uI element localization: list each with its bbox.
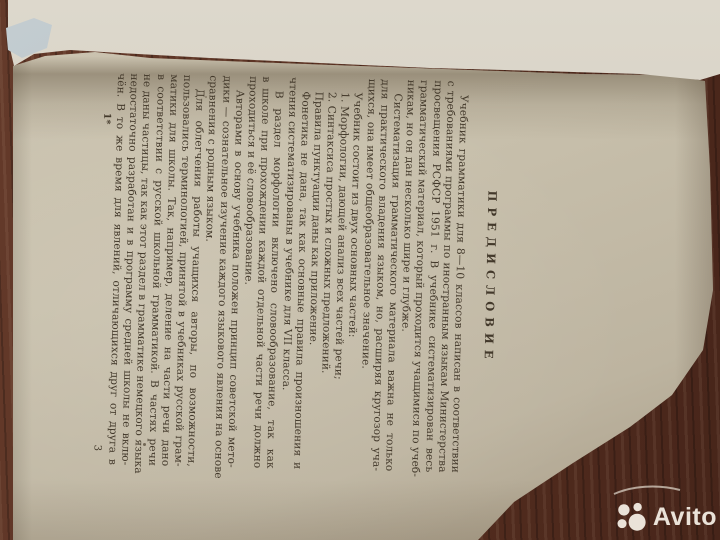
scratch-mark (612, 482, 684, 498)
avito-wordmark: Avito (653, 499, 717, 535)
book-photo: ПРЕДИСЛОВИЕ Учебник грамматики для 8—10 … (0, 0, 720, 540)
page-text-rotated: ПРЕДИСЛОВИЕ Учебник грамматики для 8—10 … (85, 73, 510, 474)
page-number: 3 (92, 445, 103, 452)
page-title: ПРЕДИСЛОВИЕ (475, 81, 506, 473)
paper-speck (143, 443, 146, 446)
signature-mark: 1* (101, 113, 112, 125)
avito-logo-icon (614, 500, 648, 534)
avito-watermark: Avito (614, 499, 717, 535)
page-lines: Учебник грамматики для 8—10 классов напи… (105, 73, 470, 473)
paper-speck (205, 96, 207, 98)
